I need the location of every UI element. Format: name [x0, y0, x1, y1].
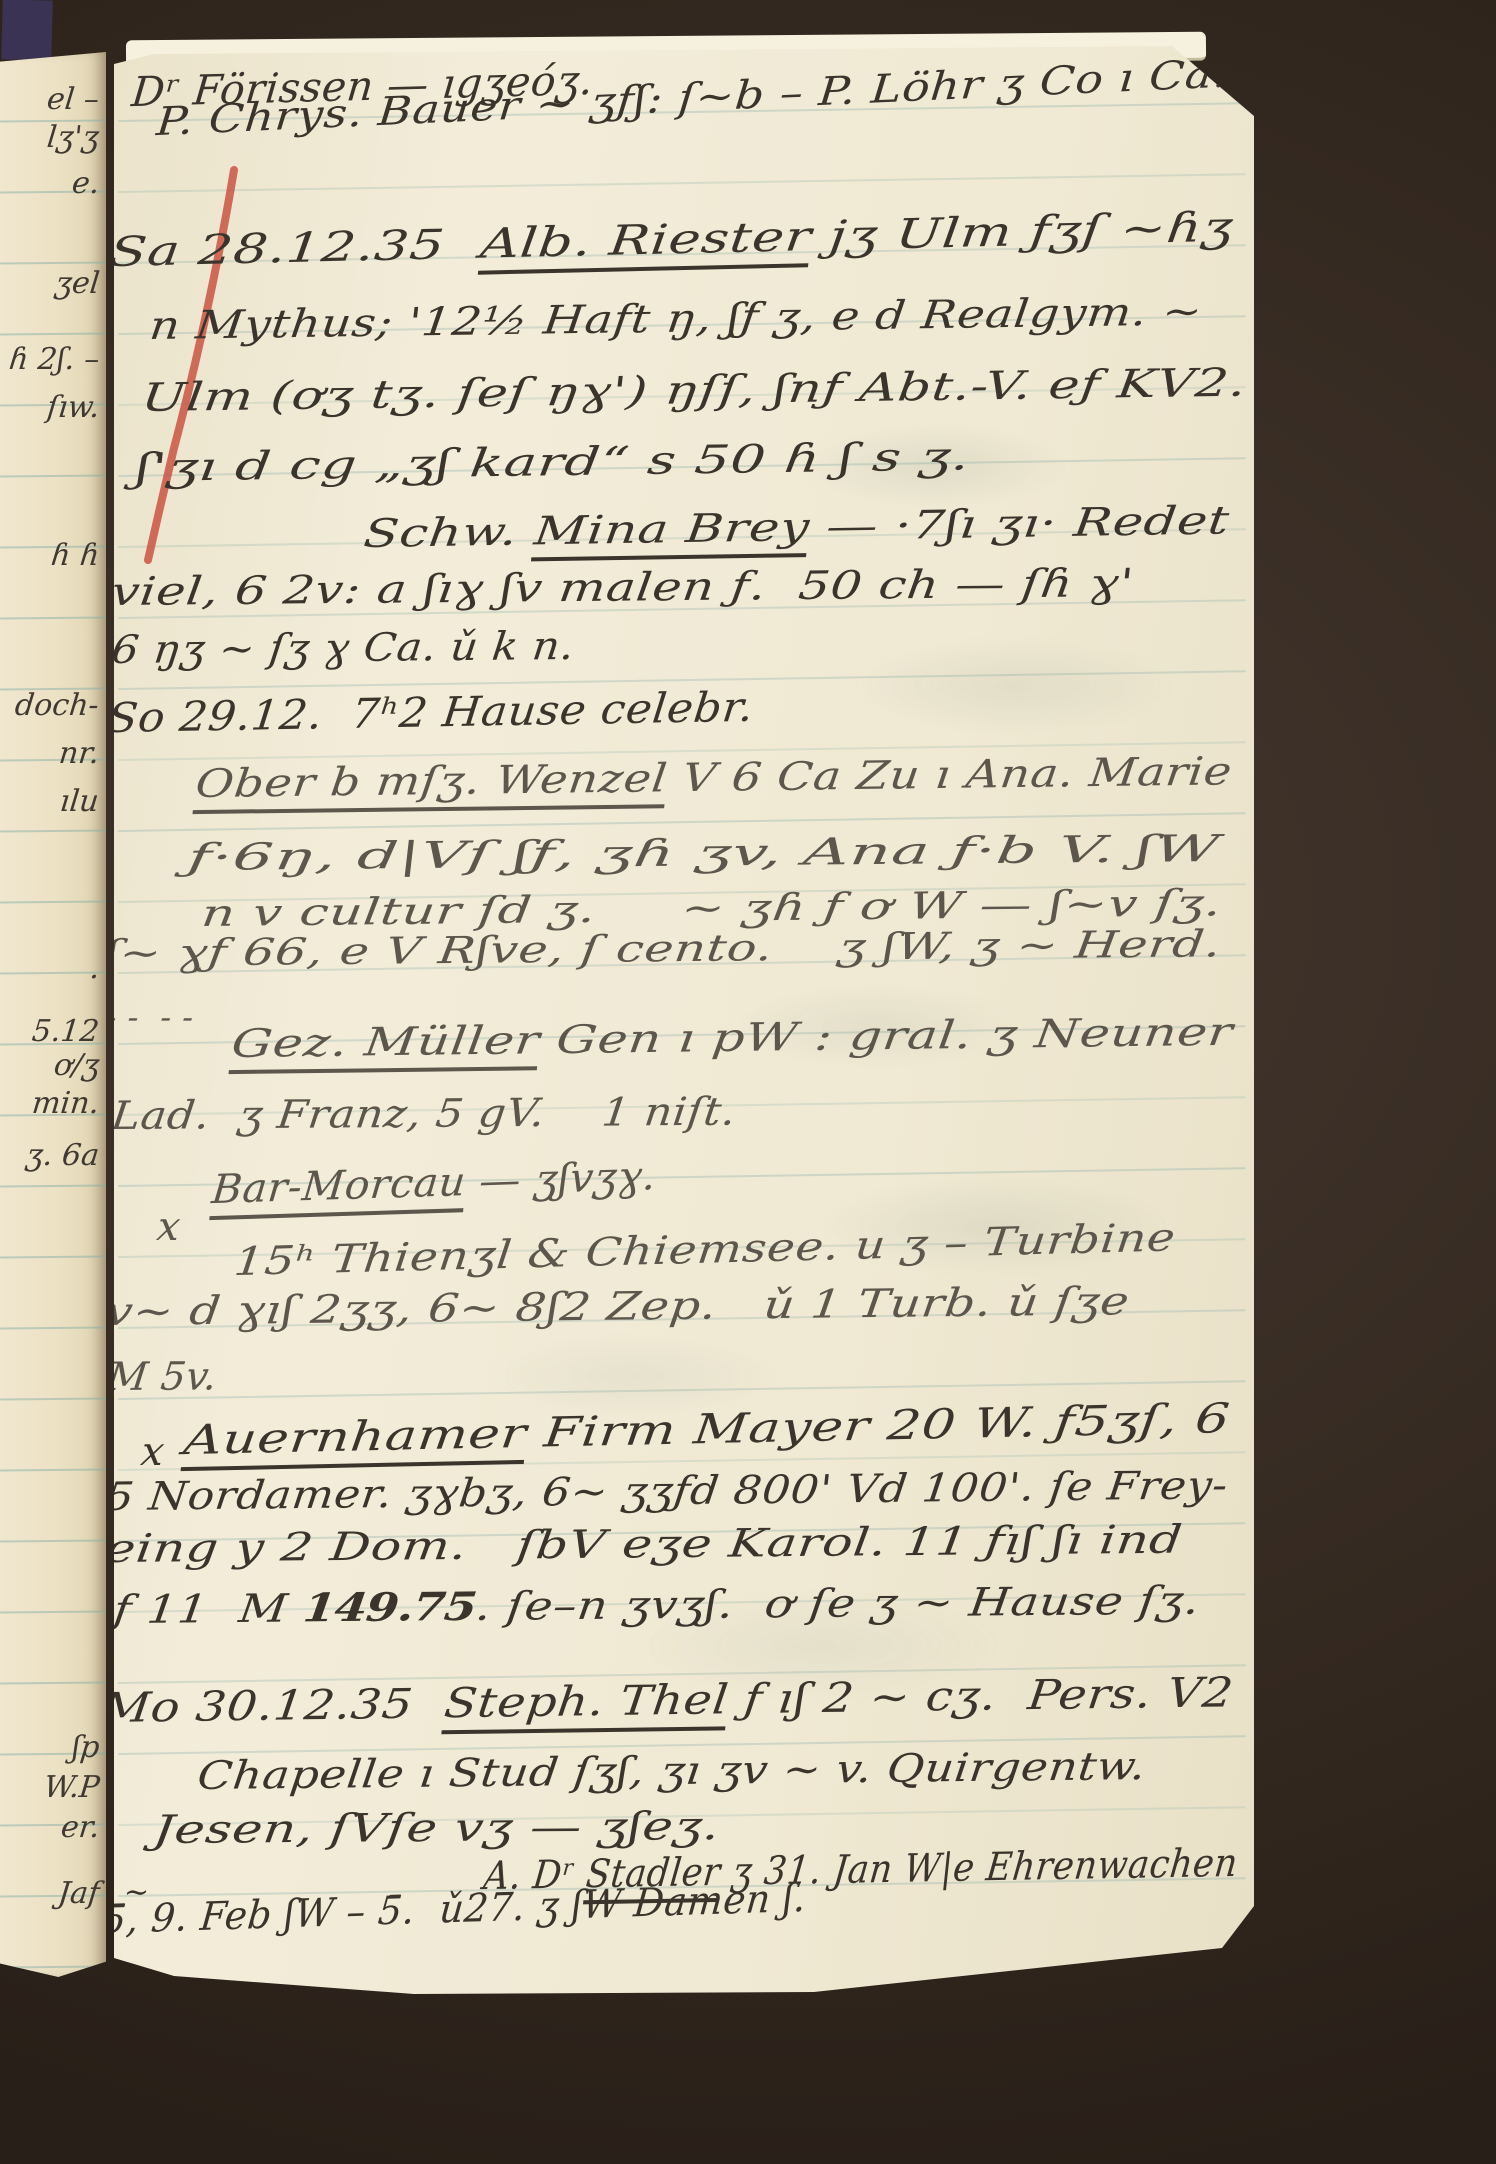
underlined-name: Ober b mſʒ. Wenzel: [192, 756, 669, 814]
handwriting-segment: Gen ı pW : gral. ʒ Neuner: [537, 1010, 1235, 1064]
handwriting-line: 15ʰ Thienʒl & Chiemsee. u ʒ – Turbine: [232, 1217, 1178, 1285]
handwriting-line: M 5v.: [105, 1356, 219, 1399]
margin-fragment: ʒ. 6a: [24, 1138, 101, 1173]
handwriting-line: Chapelle ı Stud ſʒʃ, ʒı ʒv ~ v. Quirgent…: [195, 1746, 1148, 1799]
rule-line: [0, 616, 106, 619]
handwriting-segment: — ʒʃvʒɣ.: [464, 1153, 659, 1205]
underlined-name: Steph. Thel: [441, 1675, 731, 1734]
handwriting-line: Bar-Morcau — ʒʃvʒɣ.: [210, 1154, 658, 1212]
handwriting-segment: v~ d ɣıʃ 2ʒʒ, 6~ 8ʃ2 Zep. ǔ 1 Turb. ǔ ſʒ…: [103, 1279, 1132, 1335]
handwriting-segment: x: [154, 1204, 183, 1250]
margin-fragment: nr.: [57, 736, 101, 771]
handwriting-segment: Schw.: [361, 509, 536, 557]
rule-line: [118, 173, 1246, 193]
handwriting-segment: 5 Nordamer. ʒɣbʒ, 6~ ʒʒƒd 800' Vd 100'. …: [103, 1463, 1230, 1520]
rule-line: [0, 1255, 106, 1258]
handwriting-line: Gez. Müller Gen ı pW : gral. ʒ Neuner: [229, 1012, 1235, 1067]
handwriting-segment: 15ʰ Thienʒl & Chiemsee. u ʒ – Turbine: [232, 1215, 1178, 1285]
rule-line: [0, 1610, 106, 1613]
handwriting-line: 6 ŋʒ ~ ſʒ ɣ Ca. ǔ k n.: [109, 626, 576, 673]
facing-page-edge: el –lʒ'ʒe.ʒelɦ 2ʃ. –ſıw.ɦ ɦdoch-nr.ılu·5…: [0, 52, 106, 1977]
handwriting-segment: M 5v.: [105, 1354, 220, 1400]
margin-fragment: ſıw.: [45, 390, 101, 425]
handwriting-segment: ƒ 11 M: [111, 1586, 306, 1633]
margin-fragment: ơ/ʒ: [52, 1048, 101, 1083]
handwriting-segment: . ſe–n ʒvʒʃ. ơ ſe ʒ ~ Hause ſʒ.: [473, 1579, 1202, 1630]
underlined-name: Alb. Riester: [477, 212, 814, 275]
handwriting-segment: ƒ ıʃ 2 ~ cʒ. Pers. V2: [726, 1668, 1236, 1723]
margin-fragment: Jaf: [56, 1876, 101, 1911]
handwriting-segment: V 6 Ca Zu ı Ana. Marie: [665, 749, 1235, 801]
handwriting-line: ʃ~ ɣƒ 66, e V Rʃve, ſ cento. ʒ ʃW, ʒ ~ H…: [103, 924, 1223, 974]
rule-line: [0, 900, 106, 903]
margin-fragment: ʃp: [70, 1730, 101, 1765]
handwriting-segment: Chapelle ı Stud ſʒʃ, ʒı ʒv ~ v. Quirgent…: [195, 1744, 1148, 1799]
margin-fragment: min.: [30, 1086, 101, 1121]
rule-line: [0, 1397, 106, 1400]
handwriting-segment: 6 ŋʒ ~ ſʒ ɣ Ca. ǔ k n.: [109, 624, 577, 673]
rule-line: [0, 1965, 106, 1968]
book-spine-corner: [1, 0, 53, 61]
diary-scan: { "document_type": "handwritten diary pa…: [0, 0, 1496, 2164]
handwriting-line: Schw. Mina Brey — ·7ʃı ʒı· Redet: [361, 500, 1231, 557]
handwriting-segment: Ulm (ơʒ tʒ. ſeſ ŋɣ') ŋſſ, ʃnƒ Abt.-V. eƒ…: [139, 361, 1248, 421]
rule-line: [0, 1681, 106, 1684]
handwriting-segment: Lad. ʒ Franz, 5 gV. 1 niſt.: [109, 1090, 739, 1139]
handwriting-segment: 5̄, 9. Feb ʃW – 5̄. ǔ27. ʒ ʃW Damen ʃ.: [100, 1876, 808, 1943]
rule-line: [0, 829, 106, 832]
handwriting-segment: n Mythus; '12½ Haft ŋ, ʃƒ ʒ, e d Realgym…: [147, 289, 1204, 349]
handwriting-line: Sa 28.12.35 Alb. Riester jʒ Ulm ƒʒſ ~ɦʒ: [107, 205, 1235, 276]
margin-fragment: er.: [59, 1810, 101, 1845]
handwriting-line: Jesen, ſVſe vʒ — ʒʃeʒ.: [151, 1806, 722, 1853]
handwriting-line: ʃ'ʒı d cg „ʒʃ kard“ s 50 ɦ ʃ s ʒ.: [133, 436, 972, 491]
handwriting-line: ƒ 11 M 149.75. ſe–n ʒvʒʃ. ơ ſe ʒ ~ Hause…: [111, 1580, 1202, 1633]
margin-fragment: ɦ 2ʃ. –: [7, 342, 101, 377]
handwriting-line: x: [155, 1205, 183, 1249]
margin-fragment: lʒ'ʒ: [46, 120, 101, 155]
rule-line: [0, 1184, 106, 1187]
margin-fragment: 5.12: [31, 1014, 101, 1049]
handwriting-segment: ʃ~ ɣƒ 66, e V Rʃve, ſ cento. ʒ ʃW, ʒ ~ H…: [103, 922, 1223, 975]
handwriting-segment: 149.75: [301, 1584, 479, 1632]
margin-fragment: ·: [88, 960, 101, 995]
handwriting-segment: Jesen, ſVſe vʒ — ʒʃeʒ.: [151, 1804, 722, 1853]
handwriting-segment: viel, 6 2v: a ʃıɣ ʃv malen ƒ. 50 ch — ſɦ…: [109, 561, 1136, 615]
margin-fragment: doch-: [14, 688, 101, 723]
rule-line: [0, 1326, 106, 1329]
handwriting-segment: — ·7ʃı ʒı· Redet: [807, 498, 1231, 550]
underlined-name: Mina Brey: [531, 505, 812, 561]
handwriting-line: n Mythus; '12½ Haft ŋ, ʃƒ ʒ, e d Realgym…: [147, 291, 1204, 349]
handwriting-line: So 29.12. 7ʰ2 Hause celebr.: [105, 685, 756, 741]
handwriting-line: Ober b mſʒ. Wenzel V 6 Ca Zu ı Ana. Mari…: [193, 751, 1234, 807]
margin-fragment: ɦ ɦ: [49, 538, 101, 573]
rule-line: [0, 261, 106, 264]
handwriting-segment: jʒ Ulm ƒʒſ ~ɦʒ: [809, 202, 1236, 260]
margin-fragment: el –: [45, 82, 101, 117]
handwriting-line: viel, 6 2v: a ʃıɣ ʃv malen ƒ. 50 ch — ſɦ…: [109, 563, 1136, 615]
handwriting-line: v~ d ɣıʃ 2ʒʒ, 6~ 8ʃ2 Zep. ǔ 1 Turb. ǔ ſʒ…: [103, 1281, 1131, 1335]
notebook-page: Dʳ Förissen — ıgʒeóʒ.P. Chrys. Bauer ~ ʒ…: [114, 46, 1254, 1998]
handwriting-segment: Sa 28.12.35: [107, 220, 483, 277]
margin-fragment: ılu: [59, 784, 101, 819]
margin-fragment: W.P: [42, 1770, 101, 1805]
handwriting-line: 5̄, 9. Feb ʃW – 5̄. ǔ27. ʒ ʃW Damen ʃ.: [100, 1878, 808, 1943]
handwriting-segment: eing y 2 Dom. ſbV eʒe Karol. 11 ƒıʃ ʃı i…: [103, 1518, 1185, 1572]
handwriting-segment: Mo 30.12.35: [99, 1679, 447, 1732]
handwriting-segment: - - - -: [104, 998, 197, 1036]
rule-line: [0, 474, 106, 477]
handwriting-line: - - - -: [104, 1000, 196, 1035]
rule-line: [0, 332, 106, 335]
handwriting-segment: ƒ·6ŋ, d|Vſ ʃƒ, ʒɦ ʒv, Ana ƒ·b V. ʃW: [185, 827, 1222, 879]
rule-line: [0, 1468, 106, 1471]
rule-line: [0, 1539, 106, 1542]
underlined-name: Auernhamer: [181, 1409, 530, 1471]
margin-fragment: e.: [70, 166, 101, 201]
handwriting-line: 5 Nordamer. ʒɣbʒ, 6~ ʒʒƒd 800' Vd 100'. …: [103, 1465, 1230, 1520]
handwriting-segment: ʃ'ʒı d cg „ʒʃ kard“ s 50 ɦ ʃ s ʒ.: [133, 434, 972, 491]
handwriting-segment: So 29.12. 7ʰ2 Hause celebr.: [105, 683, 756, 742]
handwriting-line: eing y 2 Dom. ſbV eʒe Karol. 11 ƒıʃ ʃı i…: [103, 1520, 1184, 1572]
underlined-name: Gez. Müller: [228, 1018, 542, 1074]
margin-fragment: ʒel: [53, 266, 101, 301]
underlined-name: Bar-Morcau: [209, 1159, 468, 1220]
handwriting-line: ƒ·6ŋ, d|Vſ ʃƒ, ʒɦ ʒv, Ana ƒ·b V. ʃW: [185, 829, 1222, 879]
handwriting-line: Lad. ʒ Franz, 5 gV. 1 niſt.: [109, 1092, 738, 1139]
handwriting-line: Ulm (ơʒ tʒ. ſeſ ŋɣ') ŋſſ, ʃnƒ Abt.-V. eƒ…: [139, 363, 1248, 421]
handwriting-segment: Firm Mayer 20 W. ƒ5ʒſ, 6: [524, 1394, 1232, 1457]
